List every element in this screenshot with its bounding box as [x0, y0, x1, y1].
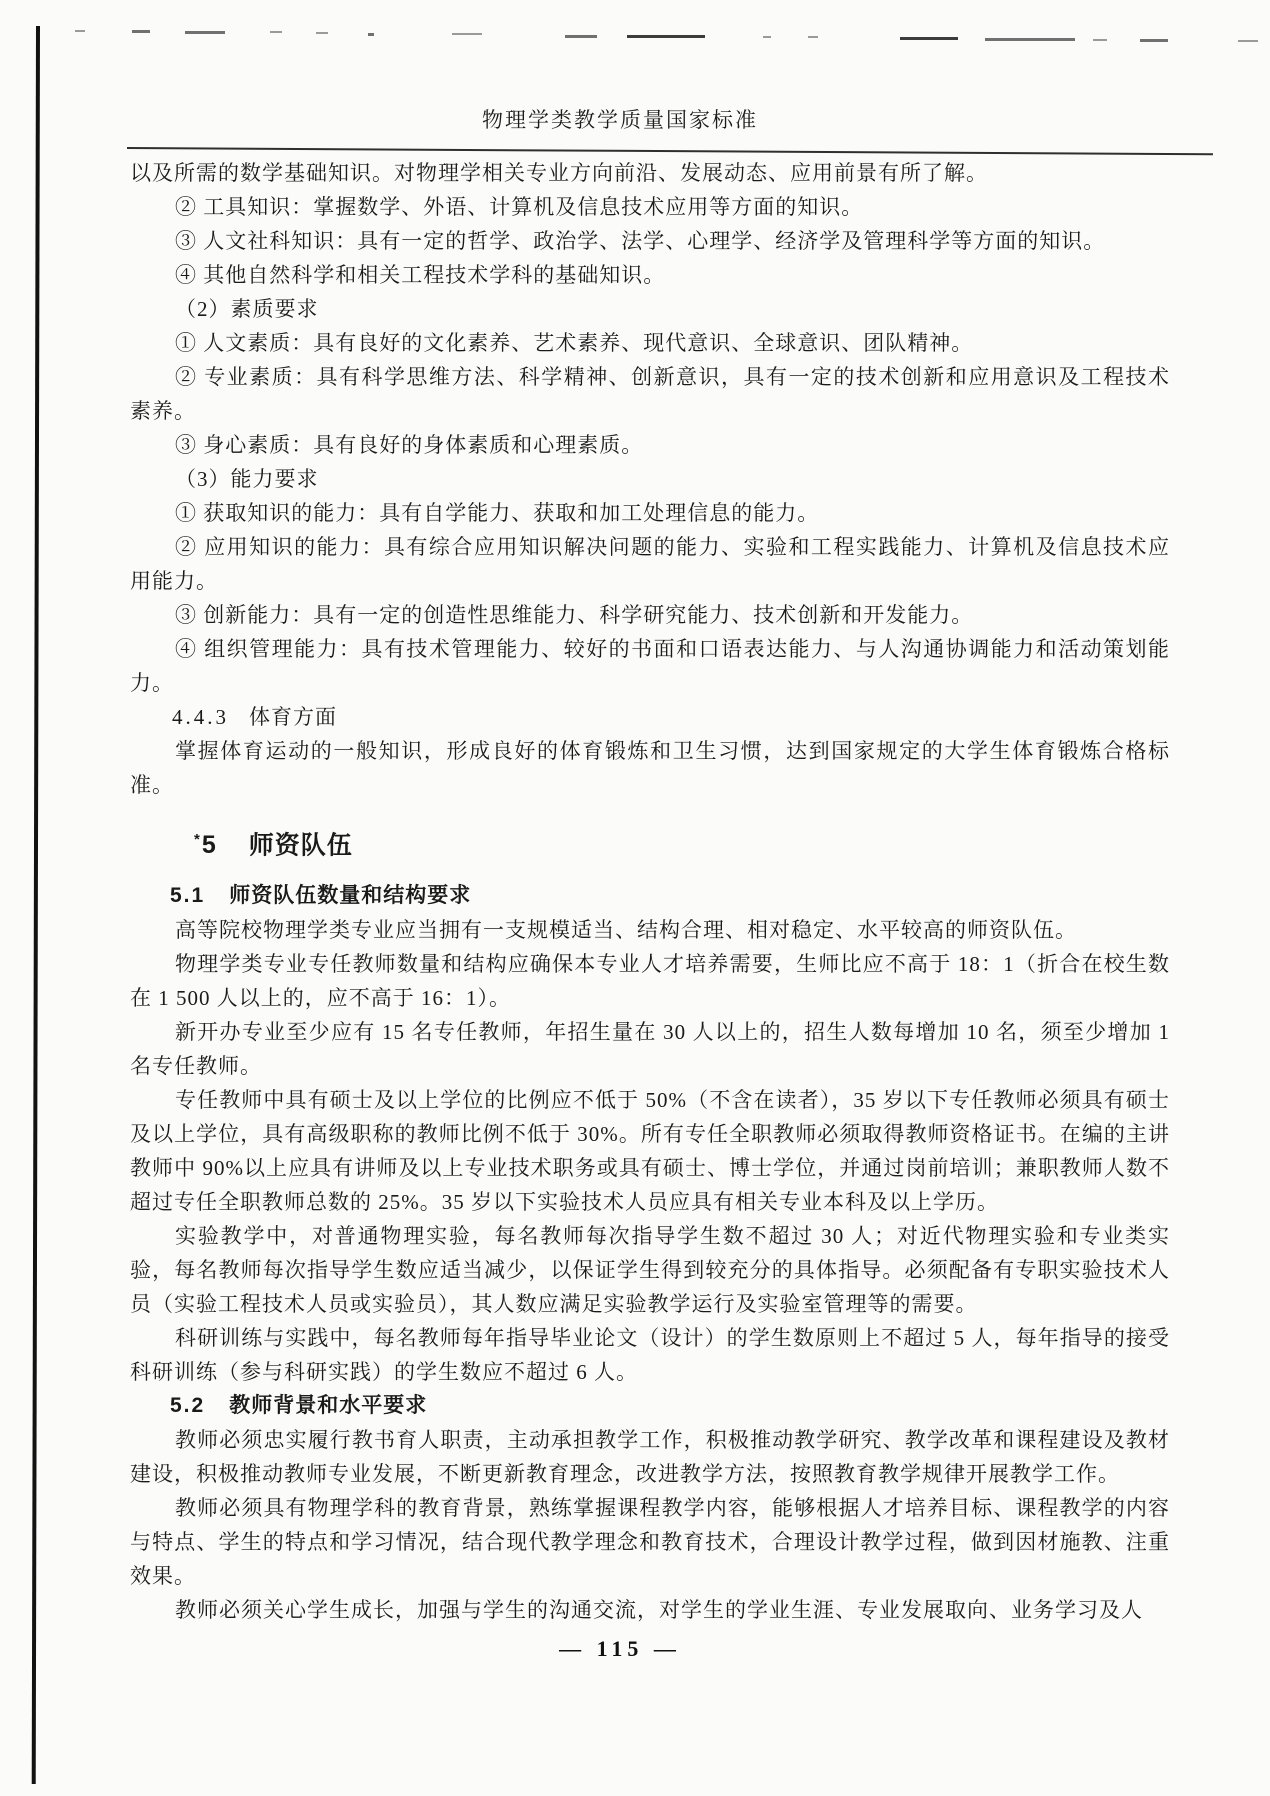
- body-paragraph: ② 应用知识的能力：具有综合应用知识解决问题的能力、实验和工程实践能力、计算机及…: [130, 530, 1170, 598]
- scan-dash: [368, 33, 374, 36]
- body-paragraph: （3）能力要求: [130, 462, 1170, 496]
- body-paragraph: ① 获取知识的能力：具有自学能力、获取和加工处理信息的能力。: [130, 496, 1170, 530]
- scan-dash: [565, 35, 597, 38]
- subsection-heading: 5.2教师背景和水平要求: [130, 1389, 1170, 1423]
- scan-dash: [1140, 39, 1168, 42]
- body-paragraph: ③ 创新能力：具有一定的创造性思维能力、科学研究能力、技术创新和开发能力。: [130, 598, 1170, 632]
- body-paragraph: ② 工具知识：掌握数学、外语、计算机及信息技术应用等方面的知识。: [130, 190, 1170, 224]
- body-paragraph: 教师必须关心学生成长，加强与学生的沟通交流，对学生的学业生涯、专业发展取向、业务…: [130, 1593, 1170, 1627]
- scan-dash: [1238, 40, 1258, 42]
- section-heading: *5师资队伍: [130, 820, 1170, 865]
- scan-dash: [185, 31, 225, 34]
- content-area: 以及所需的数学基础知识。对物理学相关专业方向前沿、发展动态、应用前景有所了解。②…: [130, 156, 1170, 1627]
- scan-dash: [75, 30, 85, 32]
- document-page: 物理学类教学质量国家标准 以及所需的数学基础知识。对物理学相关专业方向前沿、发展…: [0, 0, 1270, 1796]
- body-paragraph: ③ 人文社科知识：具有一定的哲学、政治学、法学、心理学、经济学及管理科学等方面的…: [130, 224, 1170, 258]
- scan-dash: [1093, 39, 1107, 41]
- body-paragraph: 实验教学中，对普通物理实验，每名教师每次指导学生数不超过 30 人；对近代物理实…: [130, 1219, 1170, 1321]
- header-rule: [127, 147, 1213, 155]
- scan-dash: [270, 31, 282, 33]
- scan-dash: [985, 38, 1075, 41]
- scan-dash: [808, 36, 818, 38]
- subsection-heading: 5.1师资队伍数量和结构要求: [130, 879, 1170, 913]
- scan-edge-bar: [32, 26, 40, 1784]
- body-paragraph: 以及所需的数学基础知识。对物理学相关专业方向前沿、发展动态、应用前景有所了解。: [130, 156, 1170, 190]
- scan-dash: [132, 30, 150, 33]
- body-paragraph: 教师必须忠实履行教书育人职责，主动承担教学工作，积极推动教学研究、教学改革和课程…: [130, 1423, 1170, 1491]
- body-paragraph: 科研训练与实践中，每名教师每年指导毕业论文（设计）的学生数原则上不超过 5 人，…: [130, 1321, 1170, 1389]
- body-paragraph: ① 人文素质：具有良好的文化素养、艺术素养、现代意识、全球意识、团队精神。: [130, 326, 1170, 360]
- body-paragraph: 专任教师中具有硕士及以上学位的比例应不低于 50%（不含在读者），35 岁以下专…: [130, 1083, 1170, 1219]
- body-paragraph: 掌握体育运动的一般知识，形成良好的体育锻炼和卫生习惯，达到国家规定的大学生体育锻…: [130, 734, 1170, 802]
- page-header-title: 物理学类教学质量国家标准: [0, 104, 1240, 134]
- body-paragraph: ④ 组织管理能力：具有技术管理能力、较好的书面和口语表达能力、与人沟通协调能力和…: [130, 632, 1170, 700]
- body-paragraph: 高等院校物理学类专业应当拥有一支规模适当、结构合理、相对稳定、水平较高的师资队伍…: [130, 913, 1170, 947]
- body-paragraph: 教师必须具有物理学科的教育背景，熟练掌握课程教学内容，能够根据人才培养目标、课程…: [130, 1491, 1170, 1593]
- scan-dash: [627, 35, 705, 38]
- body-paragraph: ③ 身心素质：具有良好的身体素质和心理素质。: [130, 428, 1170, 462]
- scan-dash: [452, 33, 482, 35]
- body-paragraph: 物理学类专业专任教师数量和结构应确保本专业人才培养需要，生师比应不高于 18：1…: [130, 947, 1170, 1015]
- scan-dash: [316, 32, 328, 34]
- page-number: — 115 —: [0, 1636, 1240, 1662]
- body-paragraph: ④ 其他自然科学和相关工程技术学科的基础知识。: [130, 258, 1170, 292]
- body-paragraph: ② 专业素质：具有科学思维方法、科学精神、创新意识，具有一定的技术创新和应用意识…: [130, 360, 1170, 428]
- scan-dash: [900, 37, 958, 40]
- body-paragraph: 新开办专业至少应有 15 名专任教师，年招生量在 30 人以上的，招生人数每增加…: [130, 1015, 1170, 1083]
- scan-dash: [763, 36, 771, 38]
- clause-heading: 4.4.3体育方面: [130, 700, 1170, 734]
- body-paragraph: （2）素质要求: [130, 292, 1170, 326]
